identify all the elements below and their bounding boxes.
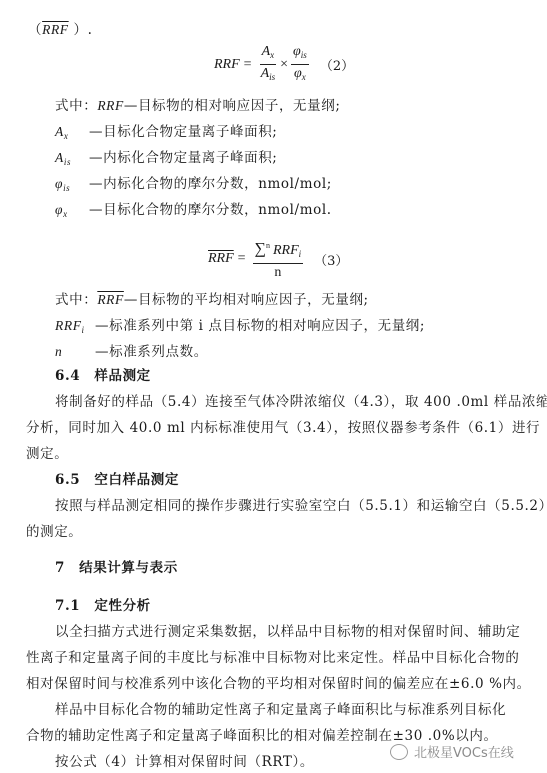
def-ax: Ax—目标化合物定量离子峰面积; [55, 120, 277, 141]
denominator-phi-x: φx [292, 65, 308, 85]
formula3-lhs: RRF [208, 251, 234, 267]
watermark: 北极星VOCs在线 [390, 742, 514, 761]
def-symbol: RRF [97, 98, 124, 113]
intro-line: （RRF ）. [28, 18, 93, 38]
def-prefix: 式中： [55, 292, 97, 308]
def-rrfi: RRFi—标准系列中第 i 点目标物的相对响应因子，无量纲; [55, 314, 425, 335]
formula-2: RRF = Ax Ais × φis φx （2） [214, 44, 354, 85]
def-phi-x: φx—目标化合物的摩尔分数，nmol/mol. [55, 198, 332, 219]
equation-number-2: （2） [320, 55, 354, 74]
heading-7: 7 结果计算与表示 [55, 556, 178, 576]
sum-upper: n [266, 241, 270, 250]
para-6-5-line-2: 的测定。 [26, 520, 82, 540]
formula2-lhs: RRF [214, 57, 240, 73]
def-symbol: Ax [55, 124, 89, 141]
wechat-icon [390, 744, 408, 760]
para-6-4-line-1: 将制备好的样品（5.4）连接至气体冷阱浓缩仪（4.3），取 400 .0ml 样… [55, 390, 547, 410]
def-symbol: Ais [55, 150, 89, 167]
def-rrf: 式中：RRF—目标物的相对响应因子，无量纲; [55, 94, 341, 114]
def-symbol: RRF [97, 292, 124, 307]
para-7-1-line-1: 以全扫描方式进行测定采集数据，以样品中目标物的相对保留时间、辅助定 [55, 620, 520, 640]
def-text: —目标化合物定量离子峰面积; [89, 124, 277, 140]
def-symbol: φis [55, 176, 89, 193]
document-page: （RRF ）. RRF = Ax Ais × φis φx （2） 式中：RRF… [0, 0, 547, 773]
def-phi-is: φis—内标化合物的摩尔分数，nmol/mol; [55, 172, 332, 193]
def-symbol: n [55, 344, 95, 360]
denominator-ais: Ais [259, 65, 278, 85]
denominator-n: n [272, 264, 283, 281]
def-text: —标准系列点数。 [95, 344, 208, 360]
paren-open: （ [28, 22, 42, 38]
def-text: —目标化合物的摩尔分数，nmol/mol. [89, 202, 332, 218]
paren-close: ）. [69, 22, 93, 38]
def-rrf-mean: 式中：RRF—目标物的平均相对响应因子，无量纲; [55, 288, 369, 308]
def-symbol: RRFi [55, 318, 95, 335]
numerator-ax: Ax [260, 44, 277, 65]
heading-7-1: 7.1 定性分析 [55, 594, 151, 614]
def-n: n—标准系列点数。 [55, 340, 208, 360]
equation-number-3: （3） [314, 250, 348, 269]
def-text: —标准系列中第 i 点目标物的相对响应因子，无量纲; [95, 318, 425, 334]
para-6-5-line-1: 按照与样品测定相同的操作步骤进行实验室空白（5.5.1）和运输空白（5.5.2） [55, 494, 547, 514]
para-6-4-line-3: 测定。 [26, 442, 68, 462]
para-7-1-line-3: 相对保留时间与校准系列中该化合物的平均相对保留时间的偏差应在±6.0 %内。 [26, 672, 531, 692]
def-prefix: 式中： [55, 98, 97, 114]
def-text: —内标化合物的摩尔分数，nmol/mol; [89, 176, 332, 192]
fraction-mean: ∑nRRFi n [253, 238, 304, 281]
heading-6-4: 6.4 样品测定 [55, 364, 151, 384]
para-7-1-line-4: 样品中目标化合物的辅助定性离子和定量离子峰面积比与标准系列目标化 [55, 698, 506, 718]
rrf-mean-symbol: RRF [42, 22, 69, 37]
para-6-4-line-2: 分析，同时加入 40.0 ml 内标标准使用气（3.4），按照仪器参考条件（6.… [26, 416, 540, 436]
numerator-phi-is: φis [291, 44, 309, 65]
def-text: —目标物的相对响应因子，无量纲; [124, 98, 341, 114]
numerator-sum: ∑nRRFi [253, 238, 304, 264]
para-7-1-line-6: 按公式（4）计算相对保留时间（RRT）。 [55, 750, 314, 770]
def-ais: Ais—内标化合物定量离子峰面积; [55, 146, 277, 167]
fraction-area: Ax Ais [259, 44, 278, 85]
def-text: —目标物的平均相对响应因子，无量纲; [124, 292, 369, 308]
fraction-molar: φis φx [291, 44, 309, 85]
heading-6-5: 6.5 空白样品测定 [55, 468, 179, 488]
watermark-text: 北极星VOCs在线 [414, 742, 514, 761]
formula-3: RRF = ∑nRRFi n （3） [208, 238, 348, 281]
para-7-1-line-2: 性离子和定量离子间的丰度比与标准中目标物对比来定性。样品中目标化合物的 [26, 646, 520, 666]
def-symbol: φx [55, 202, 89, 219]
para-7-1-line-5: 合物的辅助定性离子和定量离子峰面积比的相对偏差控制在±30 .0%以内。 [26, 724, 498, 744]
def-text: —内标化合物定量离子峰面积; [89, 150, 277, 166]
